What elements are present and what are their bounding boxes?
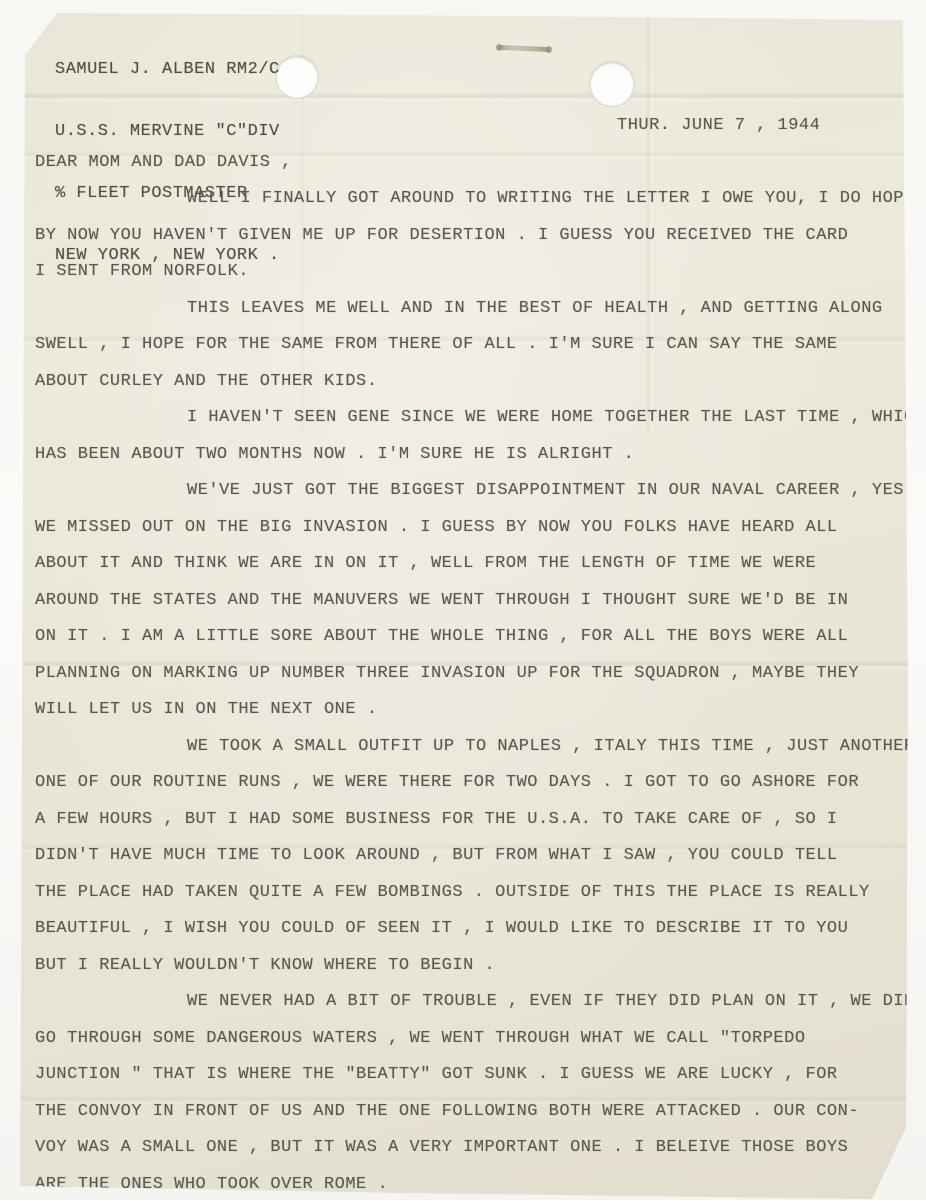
paragraph: WE TOOK A SMALL OUTFIT UP TO NAPLES , IT…: [35, 729, 910, 985]
salutation: DEAR MOM AND DAD DAVIS ,: [35, 145, 910, 182]
typed-line: SWELL , I HOPE FOR THE SAME FROM THERE O…: [35, 327, 910, 364]
typed-line: I HAVEN'T SEEN GENE SINCE WE WERE HOME T…: [35, 400, 910, 437]
typed-line: DIDN'T HAVE MUCH TIME TO LOOK AROUND , B…: [35, 838, 910, 875]
typed-line: BUT I REALLY WOULDN'T KNOW WHERE TO BEGI…: [35, 948, 910, 985]
typed-line: VOY WAS A SMALL ONE , BUT IT WAS A VERY …: [35, 1130, 910, 1167]
staple-mark: [498, 45, 550, 52]
typed-line: ABOUT IT AND THINK WE ARE IN ON IT , WEL…: [35, 546, 910, 583]
punch-hole-left: [276, 56, 318, 98]
typed-line: ON IT . I AM A LITTLE SORE ABOUT THE WHO…: [35, 619, 910, 656]
typed-line: HAS BEEN ABOUT TWO MONTHS NOW . I'M SURE…: [35, 437, 910, 474]
typed-line: BEAUTIFUL , I WISH YOU COULD OF SEEN IT …: [35, 911, 910, 948]
date-line: THUR. JUNE 7 , 1944: [35, 108, 910, 145]
punch-hole-right: [590, 62, 634, 106]
letter-page: SAMUEL J. ALBEN RM2/C U.S.S. MERVINE "C"…: [0, 0, 926, 1200]
typed-line: AROUND THE STATES AND THE MANUVERS WE WE…: [35, 583, 910, 620]
typed-line: WILL LET US IN ON THE NEXT ONE .: [35, 692, 910, 729]
typed-line: PLANNING ON MARKING UP NUMBER THREE INVA…: [35, 656, 910, 693]
typed-line: ARE THE ONES WHO TOOK OVER ROME .: [35, 1167, 910, 1200]
typed-line: WELL I FINALLY GOT AROUND TO WRITING THE…: [35, 181, 910, 218]
typed-line: THIS LEAVES ME WELL AND IN THE BEST OF H…: [35, 291, 910, 328]
sender-line: SAMUEL J. ALBEN RM2/C: [55, 58, 280, 82]
typed-line: ONE OF OUR ROUTINE RUNS , WE WERE THERE …: [35, 765, 910, 802]
typed-line: GO THROUGH SOME DANGEROUS WATERS , WE WE…: [35, 1021, 910, 1058]
typed-line: THE PLACE HAD TAKEN QUITE A FEW BOMBINGS…: [35, 875, 910, 912]
typed-line: I SENT FROM NORFOLK.: [35, 254, 910, 291]
typed-line: ABOUT CURLEY AND THE OTHER KIDS.: [35, 364, 910, 401]
typed-line: A FEW HOURS , BUT I HAD SOME BUSINESS FO…: [35, 802, 910, 839]
paragraph: WE NEVER HAD A BIT OF TROUBLE , EVEN IF …: [35, 984, 910, 1200]
typed-line: JUNCTION " THAT IS WHERE THE "BEATTY" GO…: [35, 1057, 910, 1094]
typed-line: THE CONVOY IN FRONT OF US AND THE ONE FO…: [35, 1094, 910, 1131]
paragraph: I HAVEN'T SEEN GENE SINCE WE WERE HOME T…: [35, 400, 910, 473]
scan-background: SAMUEL J. ALBEN RM2/C U.S.S. MERVINE "C"…: [0, 0, 926, 1200]
paragraphs-container: WELL I FINALLY GOT AROUND TO WRITING THE…: [35, 181, 910, 1200]
typed-line: WE TOOK A SMALL OUTFIT UP TO NAPLES , IT…: [35, 729, 910, 766]
paragraph: WE'VE JUST GOT THE BIGGEST DISAPPOINTMEN…: [35, 473, 910, 729]
typed-line: WE'VE JUST GOT THE BIGGEST DISAPPOINTMEN…: [35, 473, 910, 510]
letter-body: THUR. JUNE 7 , 1944 DEAR MOM AND DAD DAV…: [35, 108, 910, 1200]
paragraph: THIS LEAVES ME WELL AND IN THE BEST OF H…: [35, 291, 910, 401]
typed-line: WE NEVER HAD A BIT OF TROUBLE , EVEN IF …: [35, 984, 910, 1021]
typed-line: WE MISSED OUT ON THE BIG INVASION . I GU…: [35, 510, 910, 547]
paragraph: WELL I FINALLY GOT AROUND TO WRITING THE…: [35, 181, 910, 291]
typed-line: BY NOW YOU HAVEN'T GIVEN ME UP FOR DESER…: [35, 218, 910, 255]
